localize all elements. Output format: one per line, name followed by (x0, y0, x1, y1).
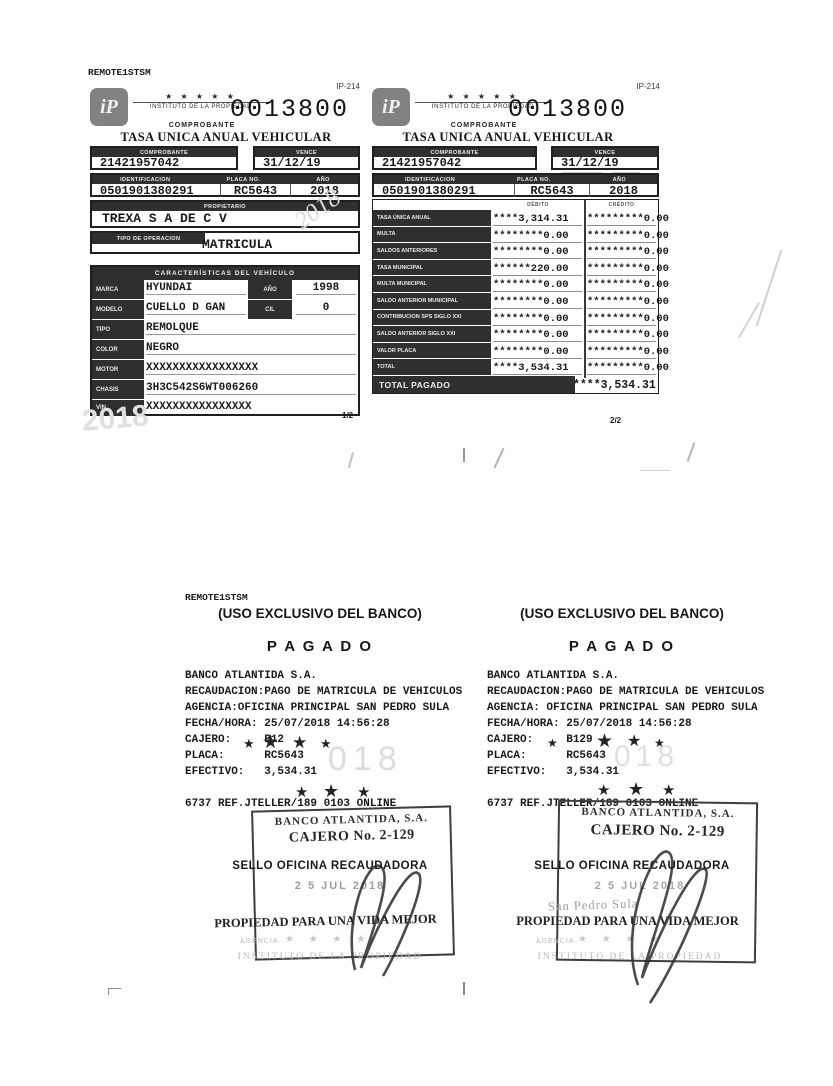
stamp-star-icon: ★ (295, 785, 308, 800)
anio-label-right: AÑO (613, 177, 626, 183)
form-code-right: IP-214 (600, 82, 660, 91)
ip-logo-text: iP (100, 96, 118, 119)
tipo-operacion-label: TIPO DE OPERACION (92, 233, 205, 244)
total-pagado-value: ****3,534.31 (573, 379, 656, 392)
agencia-ghost: AGENCIA (240, 938, 279, 945)
stamp-star-icon: ★ (654, 737, 665, 749)
pagado-label-right: P A G A D O (498, 638, 746, 655)
motor-value: XXXXXXXXXXXXXXXXX (146, 362, 356, 375)
bank-line-efectivo: EFECTIVO: 3,534.31 (185, 764, 462, 780)
charge-label: TOTAL (373, 359, 491, 376)
charge-label: SALDOS ANTERIORES (373, 243, 491, 260)
bank-line: FECHA/HORA: 25/07/2018 14:56:28 (185, 716, 462, 732)
stamp-year-ghost-big: 2018 (81, 399, 150, 439)
ip-logo-text-right: iP (382, 96, 400, 119)
stamp-star-icon: ★ (628, 780, 644, 798)
pagado-label: P A G A D O (196, 638, 444, 655)
comprobante-caption-right: COMPROBANTE (434, 122, 534, 129)
charges-table: DÉBITO CRÉDITO TASA ÚNICA ANUAL ****3,31… (372, 199, 659, 394)
serial-number-right: 0013800 (508, 95, 627, 124)
anio-veh-value: 1998 (296, 282, 356, 295)
vin-value: XXXXXXXXXXXXXXXX (146, 401, 356, 413)
stamp-star-icon: ★ (323, 782, 339, 800)
identificacion-value: 0501901380291 (92, 184, 220, 197)
charge-debito: ********0.00 (493, 346, 582, 359)
cil-value: 0 (296, 302, 356, 315)
modelo-label: MODELO (92, 300, 144, 319)
stamp-star-icon: ★ (262, 733, 279, 752)
placa-label-right: PLACA No. (517, 177, 551, 183)
tipo-operacion-row: TIPO DE OPERACION MATRICULA (90, 231, 360, 254)
charge-debito: ****3,534.31 (493, 362, 582, 375)
scanned-receipt-page: REMOTE1STSM IP-214 iP ★ ★ ★ ★ ★ INSTITUT… (0, 0, 833, 1086)
charge-credito: *********0.00 (587, 279, 656, 292)
identificacion-value-right: 0501901380291 (374, 184, 514, 197)
vence-field: VENCE 31/12/19 (253, 146, 360, 170)
tipo-veh-value: REMOLQUE (146, 322, 356, 335)
ip-logo-icon-right: iP (372, 88, 410, 126)
scan-mark (640, 470, 670, 471)
credito-header: CRÉDITO (585, 202, 658, 208)
vence-value-right: 31/12/19 (553, 157, 657, 170)
comprobante-value: 21421957042 (92, 157, 236, 170)
stamp-bank-name-right: BANCO ATLANTIDA, S.A. (560, 806, 756, 821)
column-divider (584, 200, 586, 378)
scan-mark (493, 448, 504, 469)
comprobante-caption: COMPROBANTE (152, 122, 252, 129)
ghost-year-overlay-right: 018 (614, 740, 679, 774)
charge-debito: ********0.00 (493, 279, 582, 292)
signature-scribble (325, 852, 440, 977)
total-pagado-label: TOTAL PAGADO (373, 376, 575, 393)
charge-label: SALDO ANTERIOR MUNICIPAL (373, 293, 491, 310)
vence-value: 31/12/19 (255, 157, 358, 170)
vehicle-panel-title: CARACTERÍSTICAS DEL VEHÍCULO (92, 267, 358, 280)
modelo-value: CUELLO D GAN (146, 302, 246, 315)
identificacion-label-right: IDENTIFICACION (405, 177, 455, 183)
color-label: COLOR (92, 340, 144, 359)
scan-mark (687, 442, 695, 461)
charge-debito: ********0.00 (493, 246, 582, 259)
bank-exclusive-label: (USO EXCLUSIVO DEL BANCO) (196, 606, 444, 621)
tipo-veh-label: TIPO (92, 320, 144, 339)
charge-debito: ****3,314.31 (493, 213, 582, 226)
tipo-operacion-value: MATRICULA (202, 237, 272, 252)
signature-scribble-right (598, 840, 728, 1005)
scan-mark (463, 448, 465, 462)
charge-credito: *********0.00 (587, 213, 656, 226)
charge-credito: *********0.00 (587, 313, 656, 326)
charge-label: TASA MUNICIPAL (373, 260, 491, 277)
bank-line: RECAUDACION:PAGO DE MATRICULA DE VEHICUL… (185, 684, 462, 700)
stamp-star-icon: ★ (320, 737, 332, 750)
pencil-mark (738, 302, 759, 337)
charge-label: VALOR PLACA (373, 343, 491, 360)
chasis-label: CHASIS (92, 380, 144, 399)
bank-line: BANCO ATLANTIDA S.A. (185, 668, 462, 684)
motor-label: MOTOR (92, 360, 144, 379)
agencia-ghost-right: AGENCIA (536, 938, 575, 945)
marca-label: MARCA (92, 280, 144, 299)
charge-debito: ********0.00 (493, 296, 582, 309)
charge-label: MULTA (373, 227, 491, 244)
scan-mark-corner (108, 988, 121, 995)
charge-label: SALDO ANTERIOR SIGLO XXI (373, 326, 491, 343)
charge-debito: ******220.00 (493, 263, 582, 276)
stamp-star-icon: ★ (597, 783, 610, 798)
stamp-star-icon: ★ (662, 783, 675, 798)
charge-credito: *********0.00 (587, 346, 656, 359)
charge-credito: *********0.00 (587, 329, 656, 342)
anio-value-right: 2018 (589, 184, 657, 197)
charge-label: TASA ÚNICA ANUAL (373, 210, 491, 227)
pencil-mark (756, 250, 782, 327)
placa-label: PLACA No. (227, 177, 261, 183)
stamp-star-icon: ★ (243, 737, 255, 750)
charge-credito: *********0.00 (587, 230, 656, 243)
ip-logo-icon: iP (90, 88, 128, 126)
scan-mark (348, 452, 354, 468)
bank-line: AGENCIA:OFICINA PRINCIPAL SAN PEDRO SULA (185, 700, 462, 716)
vehicle-panel: CARACTERÍSTICAS DEL VEHÍCULO MARCA HYUND… (90, 265, 360, 416)
charge-credito: *********0.00 (587, 246, 656, 259)
charge-debito: ********0.00 (493, 230, 582, 243)
serial-number: 0013800 (230, 95, 349, 124)
bank-line: RECAUDACION:PAGO DE MATRICULA DE VEHICUL… (487, 684, 764, 700)
terminal-id: REMOTE1STSM (88, 67, 151, 78)
identification-row-right: IDENTIFICACION PLACA No. AÑO 05019013802… (372, 173, 659, 197)
comprobante-field-right: COMPROBANTE 21421957042 (372, 146, 537, 170)
page-indicator-1: 1/2 (342, 411, 353, 420)
page-indicator-2: 2/2 (610, 416, 621, 425)
charge-credito: *********0.00 (587, 263, 656, 276)
cil-label: CIL (248, 300, 292, 319)
scan-mark (463, 982, 465, 995)
stamp-cajero-number: CAJERO No. 2-129 (254, 826, 450, 847)
stamp-star-icon: ★ (547, 737, 558, 749)
charge-credito: *********0.00 (587, 296, 656, 309)
charge-debito: ********0.00 (493, 329, 582, 342)
comprobante-field: COMPROBANTE 21421957042 (90, 146, 238, 170)
charge-debito: ********0.00 (493, 313, 582, 326)
anio-veh-label: AÑO (248, 280, 292, 299)
bank-detail-lines: BANCO ATLANTIDA S.A. RECAUDACION:PAGO DE… (185, 668, 462, 780)
terminal-id-bank: REMOTE1STSM (185, 592, 248, 603)
chasis-value: 3H3C542S6WT006260 (146, 382, 356, 395)
bank-line: AGENCIA: OFICINA PRINCIPAL SAN PEDRO SUL… (487, 700, 764, 716)
ghost-year-overlay: 018 (328, 740, 403, 779)
comprobante-value-right: 21421957042 (374, 157, 535, 170)
charge-label: CONTRIBUCION SPS SIGLO XXI (373, 310, 491, 327)
receipt-title: TASA UNICA ANUAL VEHICULAR (95, 130, 357, 145)
bank-line: BANCO ATLANTIDA S.A. (487, 668, 764, 684)
stamp-star-icon: ★ (627, 734, 641, 750)
identificacion-label: IDENTIFICACION (120, 177, 170, 183)
form-code: IP-214 (300, 82, 360, 91)
stamp-star-icon: ★ (596, 732, 613, 751)
bank-line: FECHA/HORA: 25/07/2018 14:56:28 (487, 716, 764, 732)
color-value: NEGRO (146, 342, 356, 355)
marca-value: HYUNDAI (146, 282, 246, 295)
anio-label: AÑO (316, 177, 329, 183)
stamp-star-icon: ★ (357, 785, 370, 800)
charge-label: MULTA MUNICIPAL (373, 276, 491, 293)
receipt-title-right: TASA UNICA ANUAL VEHICULAR (377, 130, 639, 145)
stamp-star-icon: ★ (292, 734, 307, 751)
stamp-bank-name: BANCO ATLANTIDA, S.A. (253, 811, 449, 828)
bank-exclusive-label-right: (USO EXCLUSIVO DEL BANCO) (498, 606, 746, 621)
stamp-cajero-number-right: CAJERO No. 2-129 (560, 822, 756, 842)
placa-value: RC5643 (220, 184, 290, 197)
charge-credito: *********0.00 (587, 362, 656, 375)
vence-field-right: VENCE 31/12/19 (551, 146, 659, 170)
placa-value-right: RC5643 (514, 184, 589, 197)
debito-header: DÉBITO (493, 202, 583, 208)
